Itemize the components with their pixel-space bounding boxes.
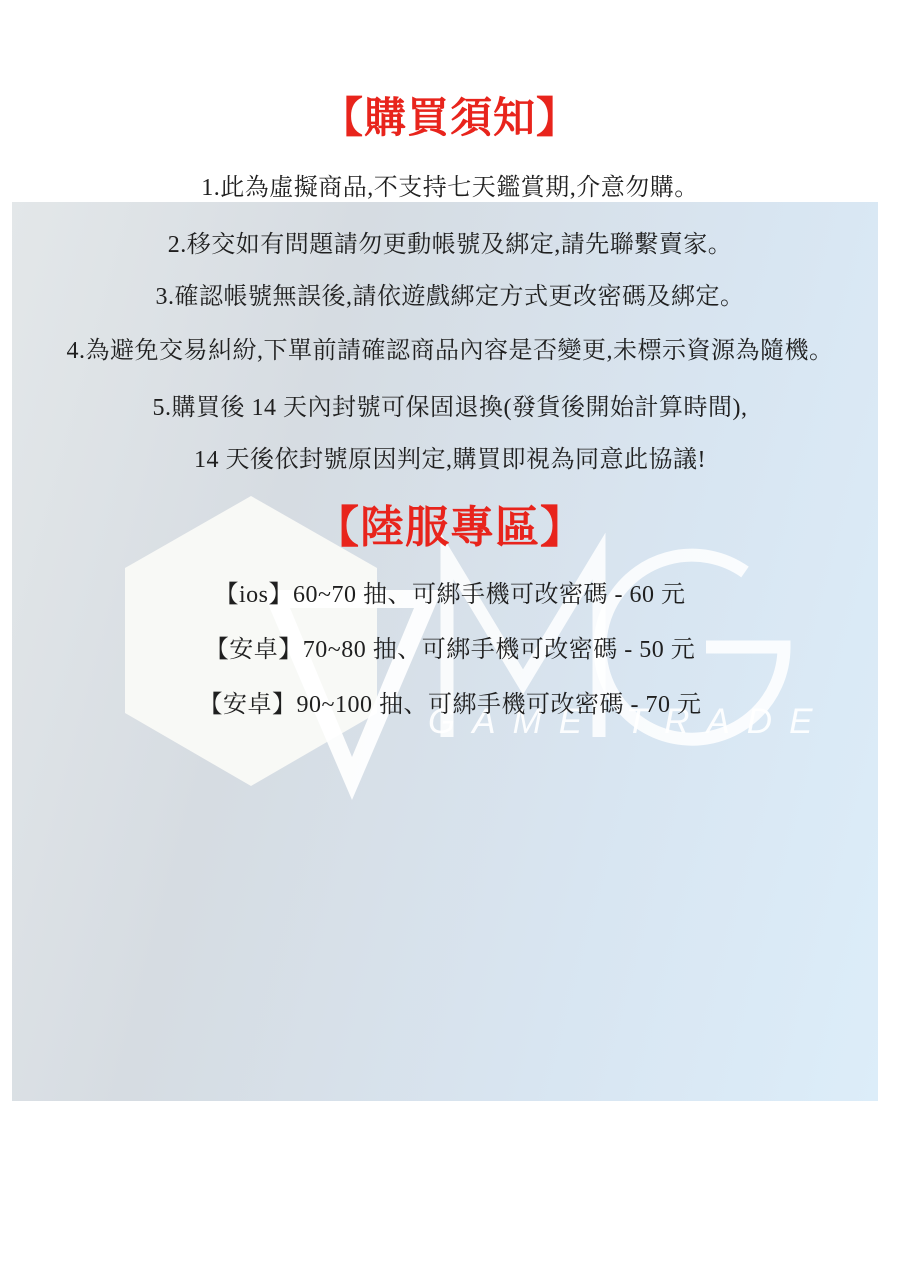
notice-item-4: 4.為避免交易糾紛,下單前請確認商品內容是否變更,未標示資源為隨機。 [0, 336, 900, 366]
price-line-ios-60: 【ios】60~70 抽、可綁手機可改密碼 - 60 元 [0, 580, 900, 610]
purchase-notice-title: 【購買須知】 [0, 97, 900, 141]
notice-item-3: 3.確認帳號無誤後,請依遊戲綁定方式更改密碼及綁定。 [0, 282, 900, 312]
notice-item-5-continued: 14 天後依封號原因判定,購買即視為同意此協議! [0, 445, 900, 475]
price-line-android-50: 【安卓】70~80 抽、可綁手機可改密碼 - 50 元 [0, 635, 900, 665]
notice-item-5: 5.購買後 14 天內封號可保固退換(發貨後開始計算時間), [0, 393, 900, 423]
page: GAME TRADE 【購買須知】 1.此為虛擬商品,不支持七天鑑賞期,介意勿購… [0, 0, 900, 1273]
price-line-android-70: 【安卓】90~100 抽、可綁手機可改密碼 - 70 元 [0, 690, 900, 720]
cn-server-section-title: 【陸服專區】 [0, 505, 900, 551]
notice-item-1: 1.此為虛擬商品,不支持七天鑑賞期,介意勿購。 [0, 173, 900, 203]
notice-item-2: 2.移交如有問題請勿更動帳號及綁定,請先聯繫賣家。 [0, 230, 900, 260]
